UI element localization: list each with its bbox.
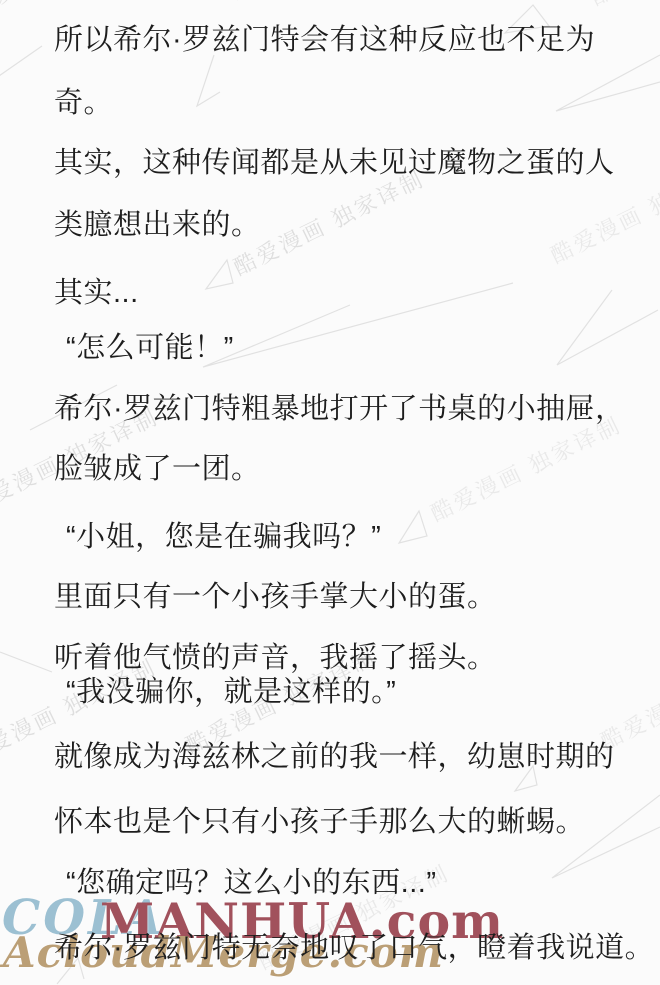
text-line-content: “怎么可能！” xyxy=(66,332,234,364)
text-line: 怀本也是个只有小孩子手那么大的蜥蜴。 xyxy=(54,807,585,838)
text-line-content: 听着他气愤的声音，我摇了摇头。 xyxy=(54,642,497,674)
text-line-content: 里面只有一个小孩手掌大小的蛋。 xyxy=(54,581,497,613)
text-line: “小姐，您是在骗我吗？” xyxy=(66,522,381,553)
text-line: 就像成为海兹林之前的我一样，幼崽时期的 xyxy=(54,742,615,773)
text-line: 所以希尔·罗兹门特会有这种反应也不足为 xyxy=(54,25,595,56)
text-line-content: 希尔·罗兹门特粗暴地打开了书桌的小抽屉， xyxy=(54,393,625,425)
text-line: 听着他气愤的声音，我摇了摇头。 xyxy=(54,643,497,674)
text-line: 其实... xyxy=(54,278,139,309)
text-line: 其实，这种传闻都是从未见过魔物之蛋的人 xyxy=(54,148,615,179)
text-line: 希尔·罗兹门特粗暴地打开了书桌的小抽屉， xyxy=(54,394,625,425)
text-line: 里面只有一个小孩手掌大小的蛋。 xyxy=(54,582,497,613)
text-line-content: 就像成为海兹林之前的我一样，幼崽时期的 xyxy=(54,741,615,773)
text-line: “怎么可能！” xyxy=(66,333,234,364)
text-line: “我没骗你，就是这样的。” xyxy=(66,677,396,708)
novel-text: 所以希尔·罗兹门特会有这种反应也不足为 奇。 其实，这种传闻都是从未见过魔物之蛋… xyxy=(0,0,660,985)
text-line-content: 所以希尔·罗兹门特会有这种反应也不足为 xyxy=(54,24,595,56)
text-line-content: 怀本也是个只有小孩子手那么大的蜥蜴。 xyxy=(54,806,585,838)
text-line: 奇。 xyxy=(54,88,113,119)
text-line: “您确定吗？这么小的东西...” xyxy=(66,868,437,899)
text-line: 希尔·罗兹门特无奈地叹了口气，瞪着我说道。 xyxy=(54,933,654,964)
text-line-content: 其实，这种传闻都是从未见过魔物之蛋的人 xyxy=(54,147,615,179)
text-line-content: “小姐，您是在骗我吗？” xyxy=(66,521,381,553)
text-line-content: 奇。 xyxy=(54,87,113,119)
text-line-content: 其实... xyxy=(54,277,139,309)
text-line: 脸皱成了一团。 xyxy=(54,454,261,485)
novel-text-page: 酷爱漫画 独家译制 酷爱漫画 独家译制 酷爱漫画 独家译制 酷爱漫画 独家译制 … xyxy=(0,0,660,985)
text-line-content: “我没骗你，就是这样的。” xyxy=(66,676,396,708)
text-line-content: “您确定吗？这么小的东西...” xyxy=(66,867,437,899)
text-line-content: 类臆想出来的。 xyxy=(54,209,261,241)
text-line-content: 脸皱成了一团。 xyxy=(54,453,261,485)
text-line: 类臆想出来的。 xyxy=(54,210,261,241)
text-line-content: 希尔·罗兹门特无奈地叹了口气，瞪着我说道。 xyxy=(54,932,654,964)
